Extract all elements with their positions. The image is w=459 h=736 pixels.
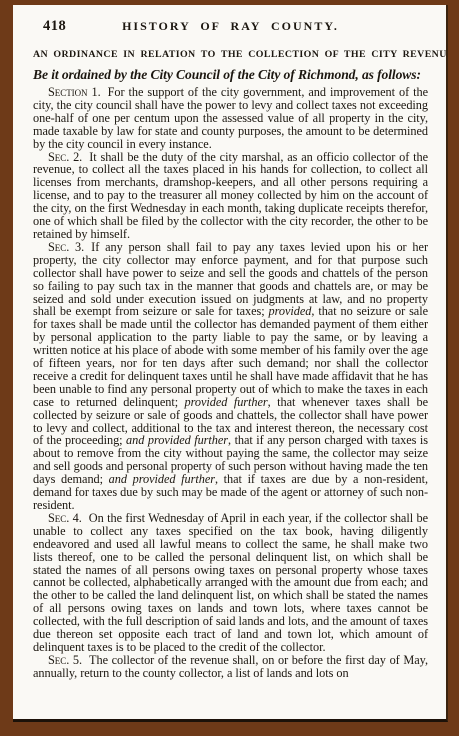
section-label: Section 1.	[48, 85, 101, 99]
ordinance-paragraph: Sec. 5.The collector of the revenue shal…	[33, 654, 428, 680]
italic-proviso-phrase: and provided further	[109, 472, 215, 486]
text-segment: On the first Wednesday of April in each …	[33, 511, 428, 654]
running-title: HISTORY OF RAY COUNTY.	[33, 19, 428, 34]
ordinance-paragraph: Sec. 3.If any person shall fail to pay a…	[33, 241, 428, 512]
ordinance-body: Section 1.For the support of the city go…	[33, 86, 428, 680]
section-label: Sec. 4.	[48, 511, 82, 525]
section-label: Sec. 2.	[48, 150, 82, 164]
section-label: Sec. 5.	[48, 653, 82, 667]
book-page: 418 HISTORY OF RAY COUNTY. AN ORDINANCE …	[13, 5, 448, 722]
italic-proviso-phrase: provided further	[185, 395, 268, 409]
running-header: 418 HISTORY OF RAY COUNTY.	[33, 18, 428, 36]
italic-proviso-phrase: and provided further	[126, 433, 228, 447]
ordinance-paragraph: Sec. 2.It shall be the duty of the city …	[33, 151, 428, 241]
ordinance-paragraph: Sec. 4.On the first Wednesday of April i…	[33, 512, 428, 654]
text-segment: The collector of the revenue shall, on o…	[33, 653, 428, 680]
ordinance-heading: AN ORDINANCE IN RELATION TO THE COLLECTI…	[33, 49, 428, 60]
enacting-clause: Be it ordained by the City Council of th…	[33, 67, 428, 83]
ordinance-paragraph: Section 1.For the support of the city go…	[33, 86, 428, 151]
text-segment: , that no seizure or sale for taxes shal…	[33, 304, 428, 408]
section-label: Sec. 3.	[48, 240, 84, 254]
italic-proviso-phrase: provided	[269, 304, 312, 318]
text-segment: It shall be the duty of the city marshal…	[33, 150, 428, 241]
scan-border-frame: 418 HISTORY OF RAY COUNTY. AN ORDINANCE …	[0, 0, 459, 736]
